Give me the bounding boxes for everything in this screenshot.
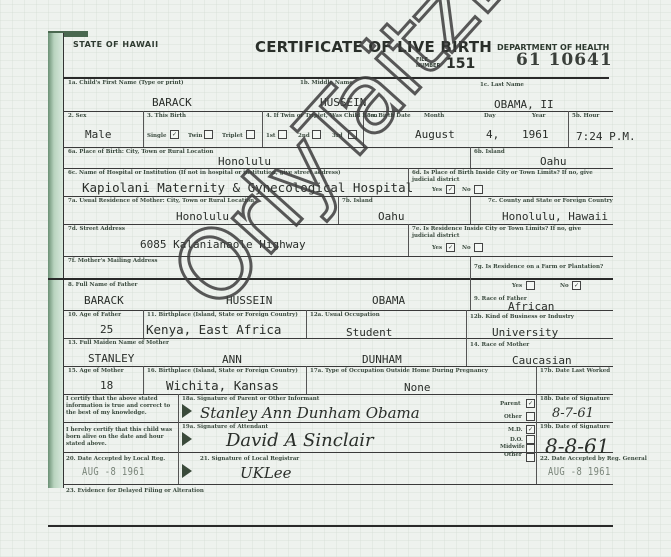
- father-middle-name: HUSSEIN: [226, 294, 272, 307]
- inside-city-yes-checkbox[interactable]: [446, 185, 455, 194]
- field-12b-label: 12b. Kind of Business or Industry: [470, 314, 574, 320]
- field-11-label: 11. Birthplace (Island, State or Foreign…: [147, 312, 298, 318]
- twin-checkbox[interactable]: [204, 130, 213, 139]
- attendant-signature: David A Sinclair: [226, 430, 374, 451]
- yes-label: Yes: [512, 283, 522, 289]
- hospital-name: Kapiolani Maternity & Gynecological Hosp…: [82, 180, 413, 195]
- do-label: D.O.: [510, 437, 523, 443]
- field-21-label: 21. Signature of Local Registrar: [200, 456, 299, 462]
- rule: [63, 394, 613, 395]
- parent-checkbox[interactable]: [526, 399, 535, 408]
- field-5b-label: 5b. Hour: [572, 113, 599, 119]
- second-checkbox[interactable]: [312, 130, 321, 139]
- divider: [143, 310, 144, 338]
- yes-label: Yes: [432, 245, 442, 251]
- second-label: 2nd: [298, 133, 310, 139]
- other-label: Other: [504, 414, 522, 420]
- certificate-number: 61 10641: [516, 50, 613, 70]
- single-checkbox[interactable]: [170, 130, 179, 139]
- divider: [470, 196, 471, 224]
- first-label: 1st: [266, 133, 275, 139]
- divider: [568, 111, 569, 147]
- residence-inside-city-yes-checkbox[interactable]: [446, 243, 455, 252]
- state-label: STATE OF HAWAII: [73, 40, 159, 49]
- father-race: African: [508, 300, 554, 313]
- third-label: 3rd: [332, 133, 343, 139]
- divider: [470, 256, 471, 310]
- child-last-name: OBAMA, II: [494, 98, 554, 111]
- father-last-name: OBAMA: [372, 294, 405, 307]
- field-1c-label: 1c. Last Name: [480, 82, 524, 88]
- informant-certification-text: I certify that the above stated informat…: [66, 396, 176, 417]
- first-checkbox[interactable]: [278, 130, 287, 139]
- field-2-label: 2. Sex: [68, 113, 86, 119]
- md-checkbox[interactable]: [526, 425, 535, 434]
- triplet-label: Triplet: [222, 133, 243, 139]
- twin-label: Twin: [188, 133, 202, 139]
- birth-island: Oahu: [540, 155, 567, 168]
- form-border: [63, 33, 64, 488]
- mother-residence-city: Honolulu: [176, 210, 229, 223]
- father-industry: University: [492, 326, 558, 339]
- divider: [262, 111, 263, 147]
- field-7d-label: 7d. Street Address: [68, 226, 125, 232]
- field-6c-label: 6c. Name of Hospital or Institution (If …: [68, 170, 341, 176]
- file-number-label: FILENUMBER: [416, 57, 440, 69]
- third-checkbox[interactable]: [348, 130, 357, 139]
- mother-birthplace: Wichita, Kansas: [166, 378, 279, 393]
- mother-race: Caucasian: [512, 354, 572, 367]
- field-18b-label: 18b. Date of Signature: [540, 396, 610, 402]
- divider: [143, 111, 144, 147]
- local-registrar-signature: UKLee: [240, 464, 292, 482]
- mother-residence-county-state: Honolulu, Hawaii: [502, 210, 608, 223]
- field-17b-label: 17b. Date Last Worked: [540, 368, 610, 374]
- field-1b-label: 1b. Middle Name: [300, 80, 353, 86]
- field-6a-label: 6a. Place of Birth: City, Town or Rural …: [68, 149, 213, 155]
- field-12a-label: 12a. Usual Occupation: [310, 312, 380, 318]
- divider: [470, 147, 471, 168]
- field-3-label: 3. This Birth: [147, 113, 186, 119]
- mother-residence-island: Oahu: [378, 210, 405, 223]
- birth-year: 1961: [522, 128, 549, 141]
- arrow-icon: [182, 464, 192, 478]
- divider: [178, 394, 179, 484]
- divider: [338, 196, 339, 224]
- field-22-label: 22. Date Accepted by Reg. General: [540, 456, 647, 462]
- sex: Male: [85, 128, 112, 141]
- field-7f-label: 7f. Mother's Mailing Address: [68, 258, 157, 264]
- field-19b-label: 19b. Date of Signature: [540, 424, 610, 430]
- field-7b-label: 7b. Island: [342, 198, 373, 204]
- informant-signature-date: 8-7-61: [552, 406, 594, 421]
- day-label: Day: [484, 113, 496, 119]
- no-label: No: [462, 187, 471, 193]
- birth-city: Honolulu: [218, 155, 271, 168]
- midwife-label: Midwife: [500, 444, 525, 450]
- field-20-label: 20. Date Accepted by Local Reg.: [66, 456, 165, 462]
- divider: [143, 366, 144, 394]
- attendant-signature-date: 8-8-61: [545, 434, 609, 458]
- field-17a-label: 17a. Type of Occupation Outside Home Dur…: [310, 368, 488, 374]
- child-first-name: BARACK: [152, 96, 192, 109]
- field-4-label: 4. If Twin or Triplet, Was Child Born: [266, 113, 378, 119]
- rule: [63, 256, 613, 257]
- father-age: 25: [100, 323, 113, 336]
- mother-last-name: DUNHAM: [362, 353, 402, 366]
- field-15-label: 15. Age of Mother: [68, 368, 124, 374]
- md-label: M.D.: [508, 427, 523, 433]
- rule: [63, 484, 613, 485]
- yes-label: Yes: [432, 187, 442, 193]
- mother-first-name: STANLEY: [88, 352, 134, 365]
- no-label: No: [560, 283, 569, 289]
- field-6b-label: 6b. Island: [474, 149, 505, 155]
- rule: [63, 77, 609, 79]
- field-7a-label: 7a. Usual Residence of Mother: City, Tow…: [68, 198, 254, 204]
- father-first-name: BARACK: [84, 294, 124, 307]
- field-14-label: 14. Race of Mother: [470, 342, 529, 348]
- divider: [536, 394, 537, 484]
- attendant-certification-text: I hereby certify that this child was bor…: [66, 427, 176, 448]
- field-23-label: 23. Evidence for Delayed Filing or Alter…: [66, 488, 204, 494]
- field-7g-label: 7g. Is Residence on a Farm or Plantation…: [474, 264, 603, 270]
- divider: [306, 366, 307, 394]
- parent-label: Parent: [500, 401, 521, 407]
- birth-month: August: [415, 128, 455, 141]
- rule: [63, 147, 613, 148]
- field-16-label: 16. Birthplace (Island, State or Foreign…: [147, 368, 298, 374]
- field-13-label: 13. Full Maiden Name of Mother: [68, 340, 169, 346]
- year-label: Year: [532, 113, 545, 119]
- single-label: Single: [147, 133, 167, 139]
- field-1a-label: 1a. Child's First Name (Type or print): [68, 80, 184, 86]
- residence-inside-city-no-checkbox[interactable]: [474, 243, 483, 252]
- birth-day: 4,: [486, 128, 499, 141]
- no-label: No: [462, 245, 471, 251]
- other-label: Other: [504, 452, 522, 458]
- registrar-general-date-stamp: AUG -8 1961: [548, 465, 611, 478]
- field-5a-label: 5a. Birth Date: [367, 113, 411, 119]
- rule: [48, 278, 613, 280]
- month-label: Month: [424, 113, 444, 119]
- birth-hour: 7:24 P.M.: [576, 130, 636, 143]
- triplet-checkbox[interactable]: [246, 130, 255, 139]
- form-binding-edge: [48, 33, 63, 488]
- field-8-label: 8. Full Name of Father: [68, 282, 137, 288]
- other-informant-checkbox[interactable]: [526, 412, 535, 421]
- rule: [63, 422, 613, 423]
- other-attendant-checkbox[interactable]: [526, 453, 535, 462]
- divider: [536, 366, 537, 394]
- arrow-icon: [182, 432, 192, 446]
- file-number: 151: [446, 56, 475, 72]
- field-7e-label: 7e. Is Residence Inside City or Town Lim…: [412, 226, 602, 240]
- child-middle-name: HUSSEIN: [320, 96, 366, 109]
- document-title: CERTIFICATE OF LIVE BIRTH: [255, 38, 492, 56]
- field-18a-label: 18a. Signature of Parent or Other Inform…: [182, 396, 319, 402]
- rule: [63, 111, 613, 112]
- do-checkbox[interactable]: [526, 435, 535, 444]
- inside-city-no-checkbox[interactable]: [474, 185, 483, 194]
- field-6d-label: 6d. Is Place of Birth Inside City or Tow…: [412, 170, 602, 184]
- midwife-checkbox[interactable]: [526, 444, 535, 453]
- rule: [48, 525, 613, 527]
- mother-middle-name: ANN: [222, 353, 242, 366]
- rule: [63, 168, 613, 169]
- divider: [466, 310, 467, 366]
- mother-age: 18: [100, 379, 113, 392]
- farm-yes-checkbox[interactable]: [526, 281, 535, 290]
- rule: [63, 224, 613, 225]
- divider: [408, 224, 409, 256]
- arrow-icon: [182, 404, 192, 418]
- mother-occupation-during-pregnancy: None: [404, 381, 431, 394]
- local-registrar-date-stamp: AUG -8 1961: [82, 465, 145, 478]
- informant-signature: Stanley Ann Dunham Obama: [200, 404, 420, 422]
- divider: [306, 310, 307, 338]
- father-occupation: Student: [346, 326, 392, 339]
- father-birthplace: Kenya, East Africa: [146, 322, 281, 337]
- field-10-label: 10. Age of Father: [68, 312, 121, 318]
- farm-no-checkbox[interactable]: [572, 281, 581, 290]
- field-7c-label: 7c. County and State or Foreign Country: [488, 198, 613, 204]
- mother-street-address: 6085 Kalanianaole Highway: [140, 238, 306, 251]
